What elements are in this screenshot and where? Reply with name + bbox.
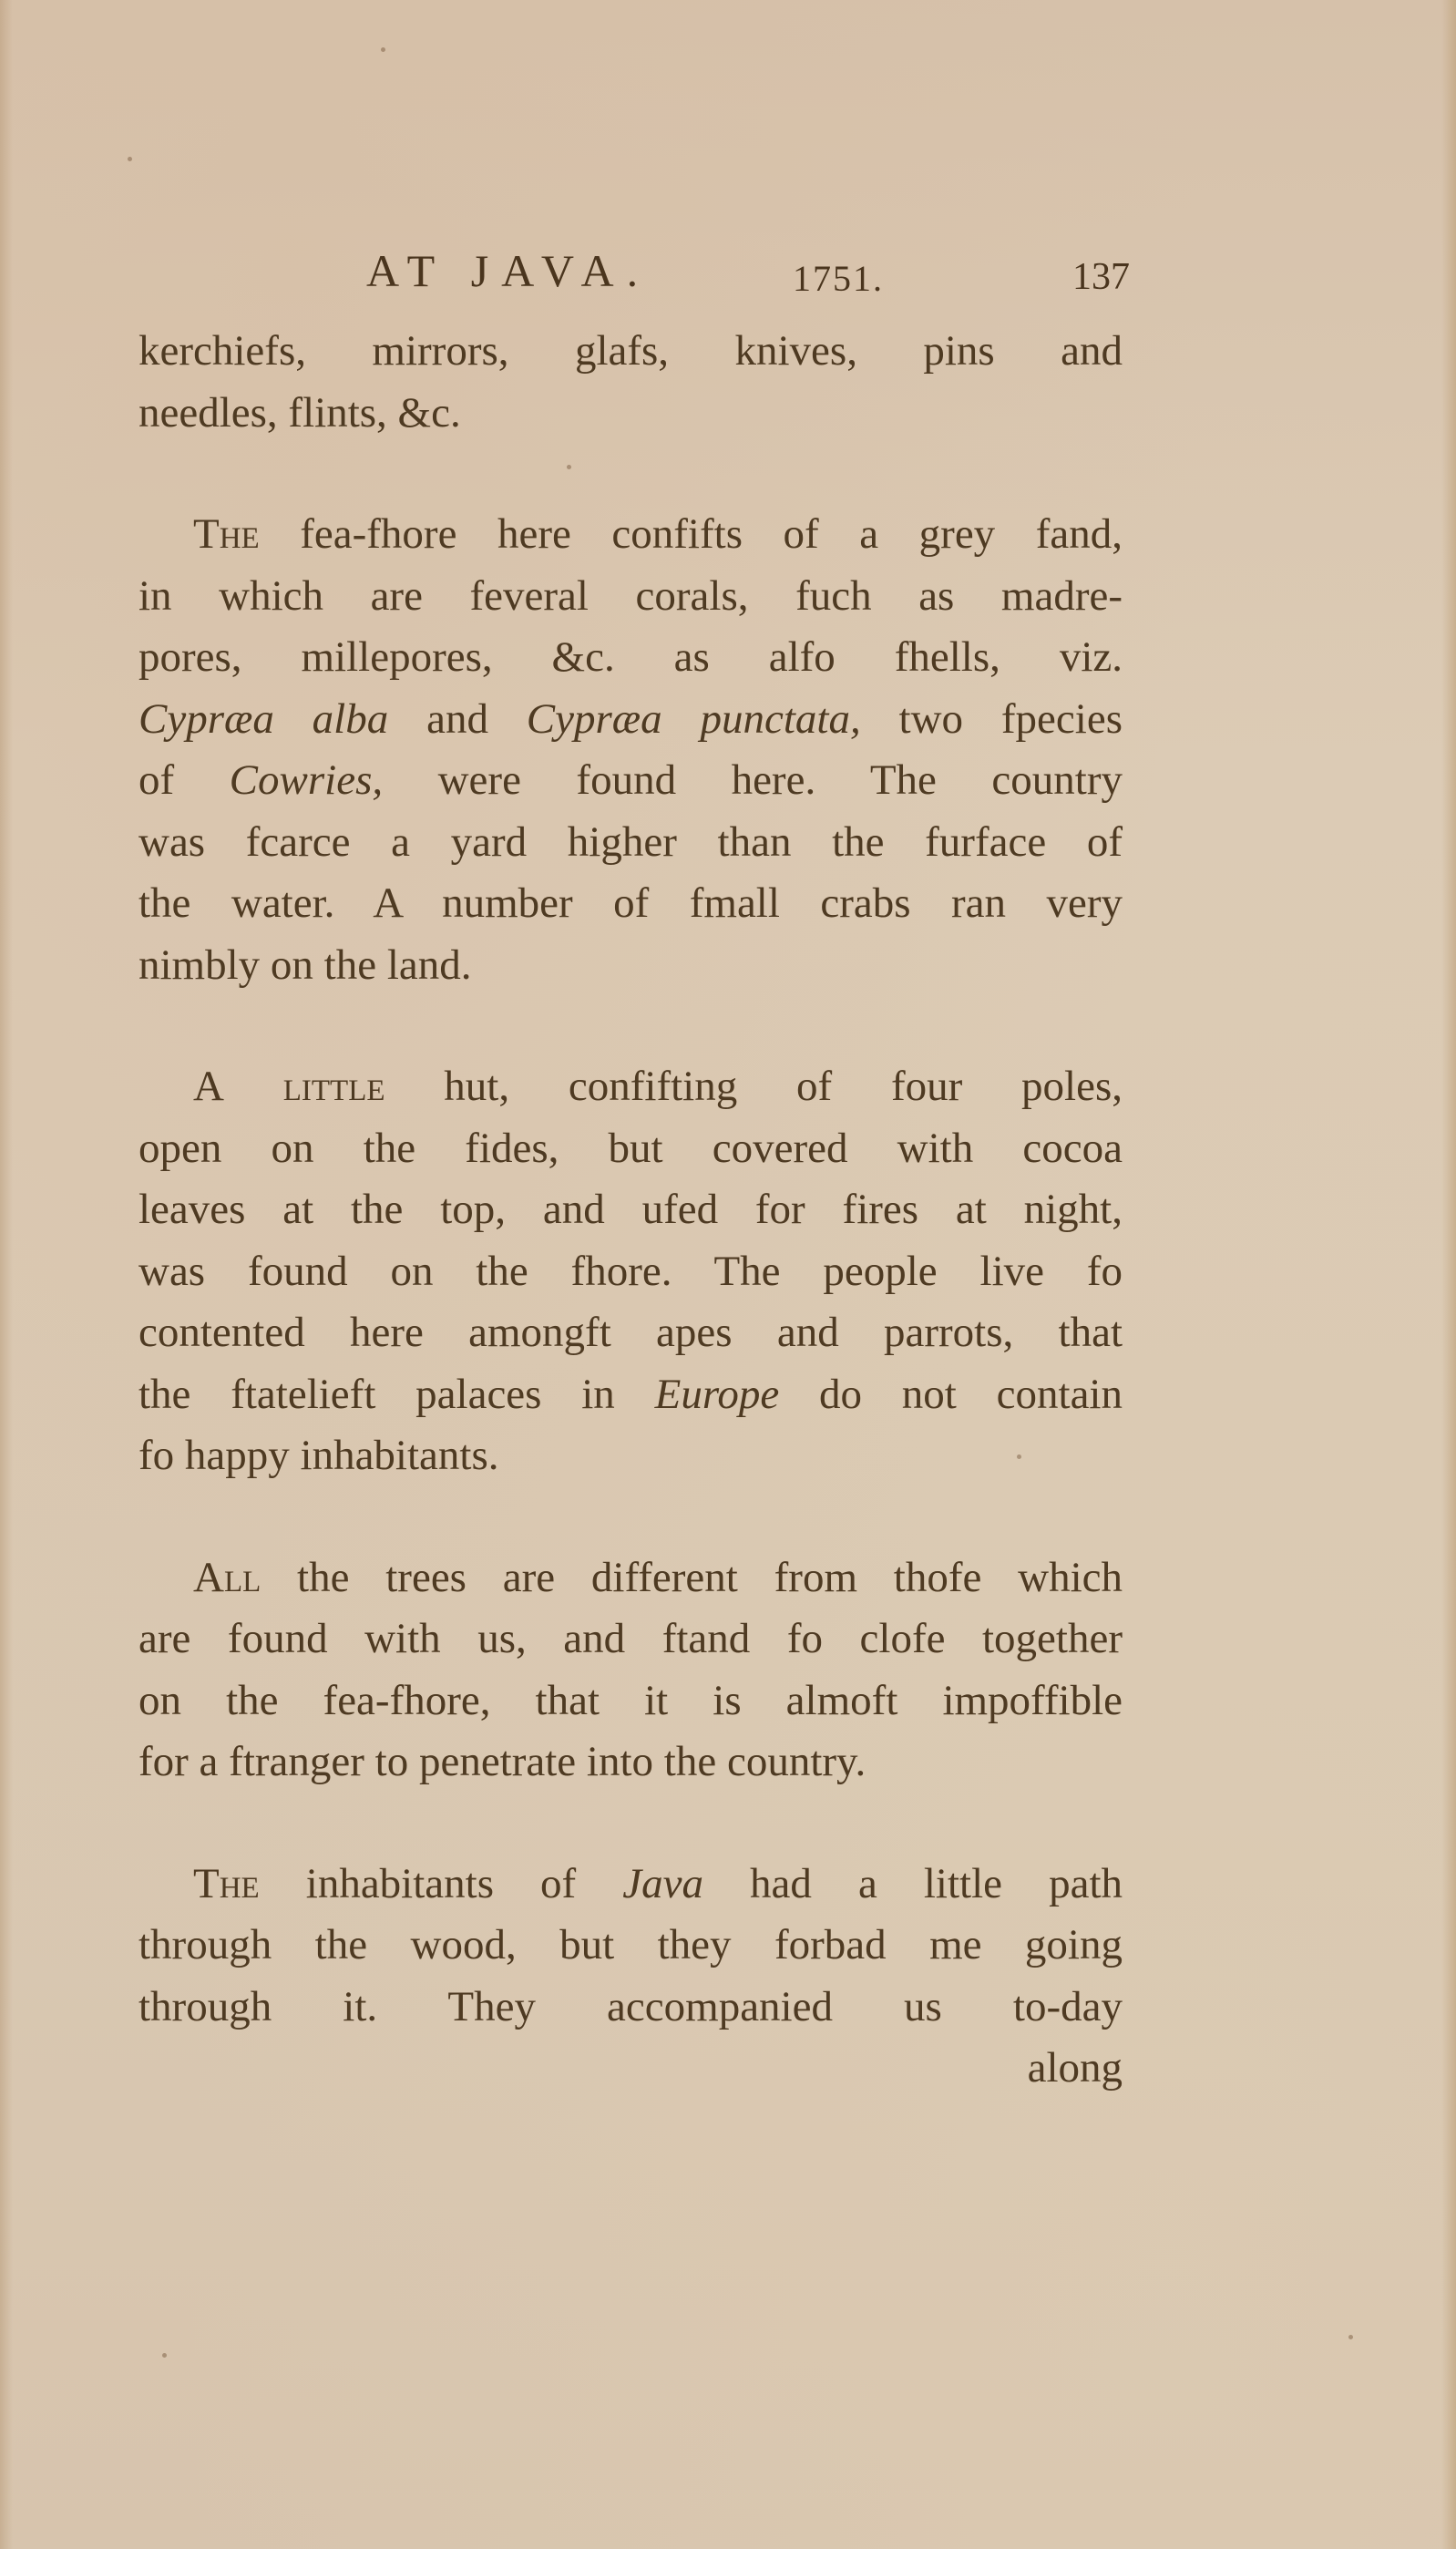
text-line: the water. A number of fmall crabs ran v…: [138, 873, 1123, 935]
text-line: through it. They accompanied us to-day: [138, 1977, 1123, 2039]
text-line: contented here amongft apes and parrots,…: [138, 1302, 1123, 1364]
text-line: A little hut, confifting of four poles,: [138, 1056, 1123, 1118]
text-line: open on the fides, but covered with coco…: [138, 1118, 1123, 1180]
text-line: are found with us, and ftand fo clofe to…: [138, 1609, 1123, 1670]
paragraph-1: kerchiefs, mirrors, glafs, knives, pins …: [138, 321, 1123, 444]
lead-word: The: [193, 1860, 260, 1907]
lead-word: The: [193, 510, 260, 558]
text-line: Cypræa alba and Cypræa punctata, two fpe…: [138, 689, 1123, 751]
text-line: The fea-fhore here confifts of a grey fa…: [138, 504, 1123, 566]
text-line: of Cowries, were found here. The country: [138, 750, 1123, 812]
text-line: needles, flints, &c.: [138, 383, 1123, 445]
text-line: through the wood, but they forbad me goi…: [138, 1915, 1123, 1977]
body-text: kerchiefs, mirrors, glafs, knives, pins …: [138, 321, 1123, 2100]
page-edge-left: [0, 0, 13, 2549]
text-line: for a ftranger to penetrate into the cou…: [138, 1732, 1123, 1794]
place-name: Java: [622, 1860, 703, 1907]
species-name: Cypræa punctata,: [527, 695, 861, 743]
lead-word: little: [224, 1063, 385, 1110]
text-line: leaves at the top, and ufed for fires at…: [138, 1179, 1123, 1241]
text-line: was fcarce a yard higher than the furfac…: [138, 812, 1123, 874]
italic-term: Cowries,: [230, 756, 383, 804]
page-edge-right: [1441, 0, 1456, 2549]
text-line: The inhabitants of Java had a little pat…: [138, 1854, 1123, 1916]
text-line: pores, millepores, &c. as alfo fhells, v…: [138, 627, 1123, 689]
text-line: nimbly on the land.: [138, 935, 1123, 997]
paper-speck: [128, 157, 132, 161]
paper-speck: [1348, 2335, 1353, 2339]
paper-speck: [162, 2353, 167, 2358]
text-line: kerchiefs, mirrors, glafs, knives, pins …: [138, 321, 1123, 383]
book-page: AT JAVA. 1751. 137 kerchiefs, mirrors, g…: [0, 0, 1456, 2549]
paragraph-5: The inhabitants of Java had a little pat…: [138, 1854, 1123, 2100]
text-line: on the fea-fhore, that it is almoft impo…: [138, 1670, 1123, 1732]
running-head-year: 1751.: [793, 257, 884, 300]
running-head: AT JAVA. 1751. 137: [137, 244, 1148, 308]
text-line: in which are feveral corals, fuch as mad…: [138, 566, 1123, 628]
text-line: was found on the fhore. The people live …: [138, 1241, 1123, 1303]
lead-word: All: [193, 1554, 261, 1601]
running-head-title: AT JAVA.: [366, 244, 651, 297]
paragraph-3: A little hut, confifting of four poles, …: [138, 1056, 1123, 1487]
species-name: Cypræa alba: [138, 695, 388, 743]
paper-speck: [381, 47, 385, 52]
lead-capital: A: [193, 1063, 224, 1110]
paragraph-2: The fea-fhore here confifts of a grey fa…: [138, 504, 1123, 996]
text-line: fo happy inhabitants.: [138, 1425, 1123, 1487]
place-name: Europe: [655, 1371, 780, 1418]
page-number: 137: [1072, 255, 1130, 299]
catchword: along: [138, 2038, 1123, 2100]
text-line: All the trees are different from thofe w…: [138, 1547, 1123, 1609]
text-line: the ftatelieft palaces in Europe do not …: [138, 1364, 1123, 1426]
paragraph-4: All the trees are different from thofe w…: [138, 1547, 1123, 1794]
